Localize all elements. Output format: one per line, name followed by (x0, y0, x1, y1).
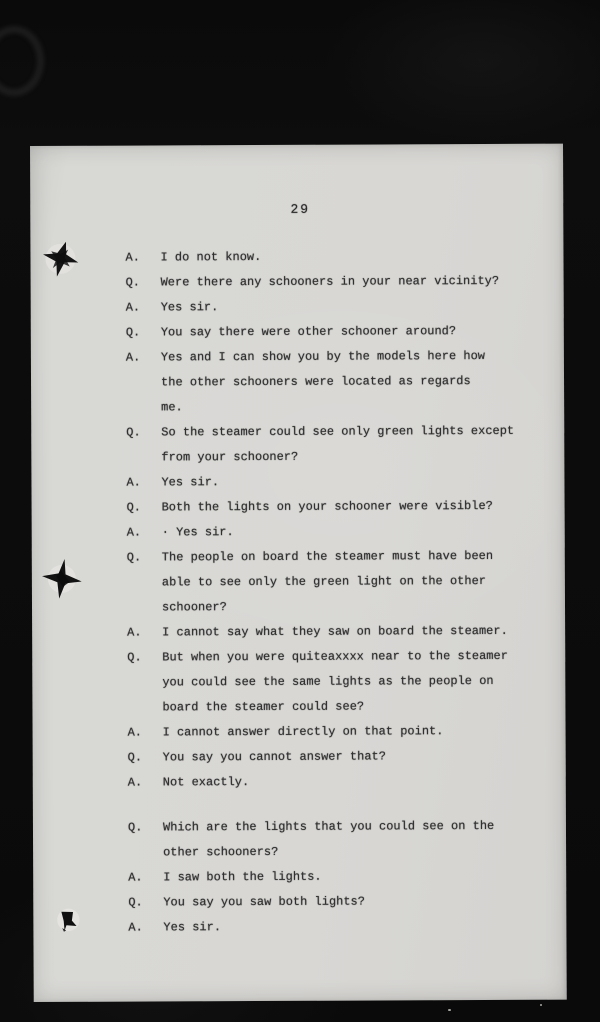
dust-speck (540, 1004, 542, 1006)
line-text: You say you cannot answer that? (163, 744, 566, 771)
transcript-line: Q.Both the lights on your schooner were … (32, 494, 565, 521)
transcript-line: A.· Yes sir. (32, 519, 565, 546)
transcript-line: from your schooner? (31, 444, 564, 471)
transcript-line: A.I cannot say what they saw on board th… (32, 619, 565, 646)
speaker-label: Q. (126, 420, 161, 445)
speaker-label: A. (128, 770, 163, 795)
line-text: I cannot say what they saw on board the … (162, 619, 565, 646)
speaker-label (126, 445, 161, 470)
transcript-line: you could see the same lights as the peo… (32, 669, 565, 696)
qa-transcript: A.I do not know.Q.Were there any schoone… (30, 244, 566, 941)
scanner-ring-artifact (0, 26, 44, 96)
speaker-label: A. (127, 620, 162, 645)
line-text: So the steamer could see only green ligh… (161, 419, 564, 446)
line-text: Both the lights on your schooner were vi… (162, 494, 565, 521)
speaker-label: Q. (128, 745, 163, 770)
speaker-label: A. (126, 470, 161, 495)
transcript-line: A.I cannot answer directly on that point… (33, 719, 566, 746)
line-text: board the steamer could see? (162, 694, 565, 721)
speaker-label: Q. (128, 815, 163, 840)
transcript-line: A.I do not know. (30, 244, 563, 271)
line-text: able to see only the green light on the … (162, 569, 565, 596)
speaker-label: A. (126, 345, 161, 370)
speaker-label: Q. (127, 645, 162, 670)
line-text: · Yes sir. (162, 519, 565, 546)
speaker-label: Q. (126, 320, 161, 345)
line-text: Yes sir. (161, 294, 564, 321)
speaker-label (127, 595, 162, 620)
transcript-line: me. (31, 394, 564, 421)
line-text: the other schooners were located as rega… (161, 369, 564, 396)
transcript-line: the other schooners were located as rega… (31, 369, 564, 396)
speaker-label: A. (127, 520, 162, 545)
speaker-label: A. (125, 245, 160, 270)
line-text: from your schooner? (161, 444, 564, 471)
page-number: 29 (270, 202, 330, 217)
speaker-label (127, 695, 162, 720)
transcript-line: Q.Which are the lights that you could se… (33, 814, 566, 841)
speaker-label: A. (126, 295, 161, 320)
transcript-line: Q.You say there were other schooner arou… (31, 319, 564, 346)
speaker-label: Q. (126, 270, 161, 295)
transcript-line: Q.You say you cannot answer that? (33, 744, 566, 771)
speaker-label: Q. (127, 495, 162, 520)
transcript-line: able to see only the green light on the … (32, 569, 565, 596)
transcript-line: A.Not exactly. (33, 769, 566, 796)
scanned-page: 29 A.I do not know.Q.Were there any scho… (30, 144, 567, 1002)
transcript-line: A.Yes sir. (33, 914, 566, 941)
line-text: You say there were other schooner around… (161, 319, 564, 346)
line-text: schooner? (162, 594, 565, 621)
speaker-label (127, 570, 162, 595)
transcript-line: Q.You say you saw both lights? (33, 889, 566, 916)
line-text: Yes sir. (161, 469, 564, 496)
transcript-line: A.Yes sir. (31, 294, 564, 321)
line-text: Were there any schooners in your near vi… (161, 269, 564, 296)
speaker-label (126, 395, 161, 420)
speaker-label (128, 840, 163, 865)
line-text: I do not know. (160, 244, 563, 271)
line-text: The people on board the steamer must hav… (162, 544, 565, 571)
transcript-line: Q.The people on board the steamer must h… (32, 544, 565, 571)
line-text: I saw both the lights. (163, 864, 566, 891)
transcript-line: A.Yes and I can show you by the models h… (31, 344, 564, 371)
speaker-label: Q. (127, 545, 162, 570)
line-text: You say you saw both lights? (163, 889, 566, 916)
speaker-label: A. (128, 915, 163, 940)
speaker-label (127, 670, 162, 695)
transcript-line: Q.So the steamer could see only green li… (31, 419, 564, 446)
transcript-line: Q.Were there any schooners in your near … (31, 269, 564, 296)
line-text: Not exactly. (163, 769, 566, 796)
transcript-line: Q.But when you were quiteaxxxx near to t… (32, 644, 565, 671)
punch-hole-tear-icon (37, 554, 87, 604)
line-text: other schooners? (163, 839, 566, 866)
speaker-label: Q. (128, 890, 163, 915)
line-text: Yes sir. (163, 914, 566, 941)
line-text: you could see the same lights as the peo… (162, 669, 565, 696)
speaker-label (126, 370, 161, 395)
line-text: Which are the lights that you could see … (163, 814, 566, 841)
transcript-line: A.Yes sir. (31, 469, 564, 496)
transcript-line: schooner? (32, 594, 565, 621)
line-text: me. (161, 394, 564, 421)
line-text: Yes and I can show you by the models her… (161, 344, 564, 371)
transcript-line: other schooners? (33, 839, 566, 866)
line-text: But when you were quiteaxxxx near to the… (162, 644, 565, 671)
speaker-label: A. (128, 865, 163, 890)
transcript-line: A.I saw both the lights. (33, 864, 566, 891)
speaker-label: A. (128, 720, 163, 745)
dust-speck (448, 1009, 451, 1011)
line-text: I cannot answer directly on that point. (163, 719, 566, 746)
punch-hole-tear-icon (38, 237, 82, 281)
transcript-line: board the steamer could see? (32, 694, 565, 721)
scanner-background: 29 A.I do not know.Q.Were there any scho… (0, 0, 600, 1022)
